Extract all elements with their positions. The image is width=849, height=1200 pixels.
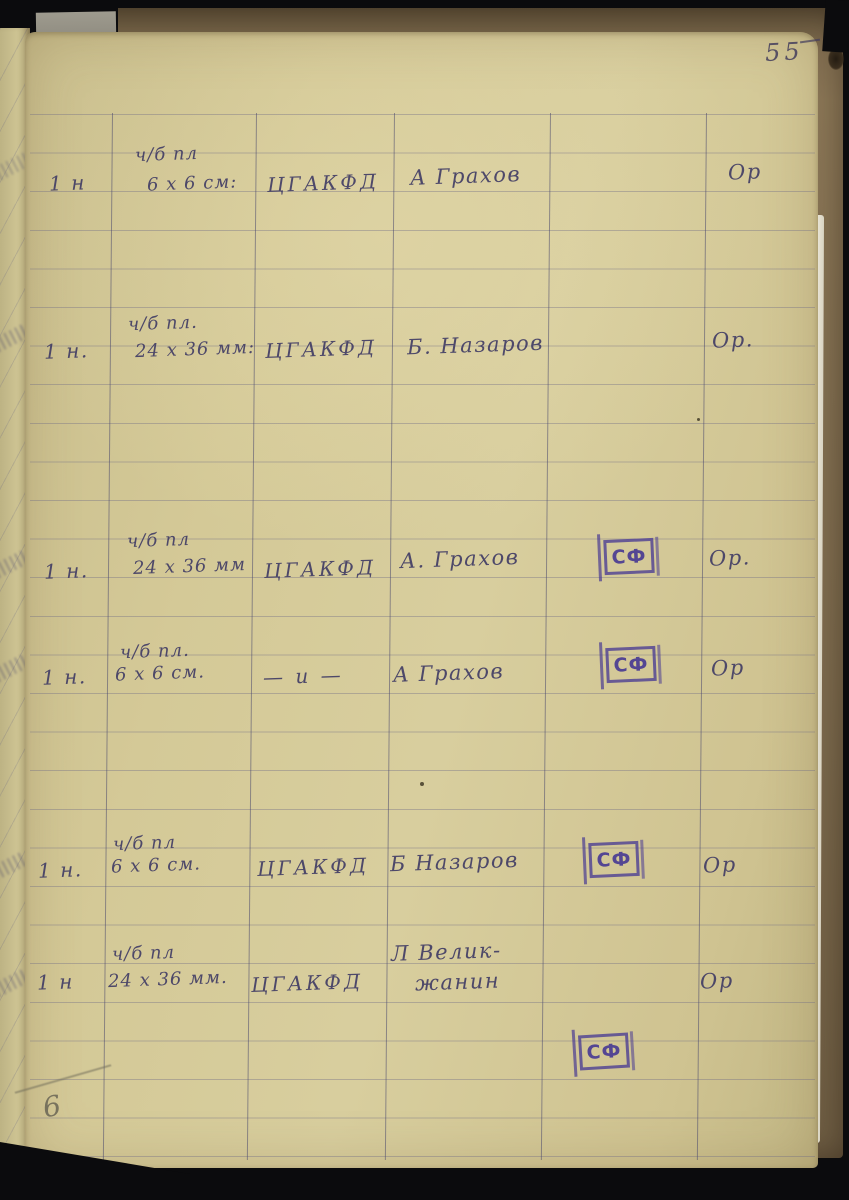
page-number: 55 [764,37,804,67]
cell-format-line1: ч/б пл [127,529,191,552]
cell-archive-ditto: — и — [263,663,344,690]
cell-mark: Ор [700,968,734,993]
cell-author-line2: жанин [415,969,501,996]
cell-author: А Грахов [410,162,522,190]
cell-quantity: 1 н [37,969,75,994]
cell-quantity: 1 н. [42,664,87,690]
cell-quantity: 1 н. [38,857,83,883]
cell-quantity: 1 н. [44,338,89,364]
background-corner-top-right [822,0,849,53]
cell-format-line1: ч/б пл. [128,312,198,335]
cell-archive: ЦГАКФД [267,169,380,197]
sf-stamp: СФ [578,1033,630,1071]
paper-speck [420,782,424,786]
cell-author: Б Назаров [390,848,519,876]
scanned-ledger-screenshot: { "page": { "number": "55", "pencil_note… [0,0,849,1200]
cell-mark: Ор [703,852,737,877]
cell-format-line2: 24 х 36 мм. [108,967,228,992]
sf-stamp: СФ [605,646,656,683]
cell-quantity: 1 н. [44,558,89,584]
cell-archive: ЦГАКФД [251,969,364,997]
cell-author-line1: Л Велик- [391,938,502,966]
cell-author: Б. Назаров [407,331,545,360]
sf-stamp: СФ [603,538,654,575]
cell-format-line1: ч/б пл [113,832,177,855]
cell-mark: Ор [728,159,762,184]
cell-format-line1: ч/б пл. [120,640,190,663]
cell-mark: Ор. [712,327,755,352]
cell-mark: Ор. [709,545,752,570]
cell-format-line2: 24 х 36 мм [133,554,247,579]
cell-author: А Грахов [393,659,505,687]
cell-format-line2: 6 х 6 см. [111,853,202,877]
cell-author: А. Грахов [400,545,520,573]
paper-speck [697,418,700,421]
ledger-page: 55 ч/б пл 6 х 6 см: 1 н ЦГАКФД А Грахов … [25,32,818,1168]
cell-mark: Ор [711,655,745,680]
cell-format-line1: ч/б пл [135,143,199,166]
cell-format-line2: 6 х 6 см: [147,171,238,195]
cell-archive: ЦГАКФД [257,853,370,881]
cell-format-line2: 24 х 36 мм: [135,337,256,362]
cell-quantity: 1 н [49,170,87,195]
sf-stamp: СФ [588,841,639,878]
cell-format-line1: ч/б пл [112,942,176,965]
cell-archive: ЦГАКФД [265,335,378,363]
cell-format-line2: 6 х 6 см. [115,661,206,685]
cell-archive: ЦГАКФД [264,555,377,583]
